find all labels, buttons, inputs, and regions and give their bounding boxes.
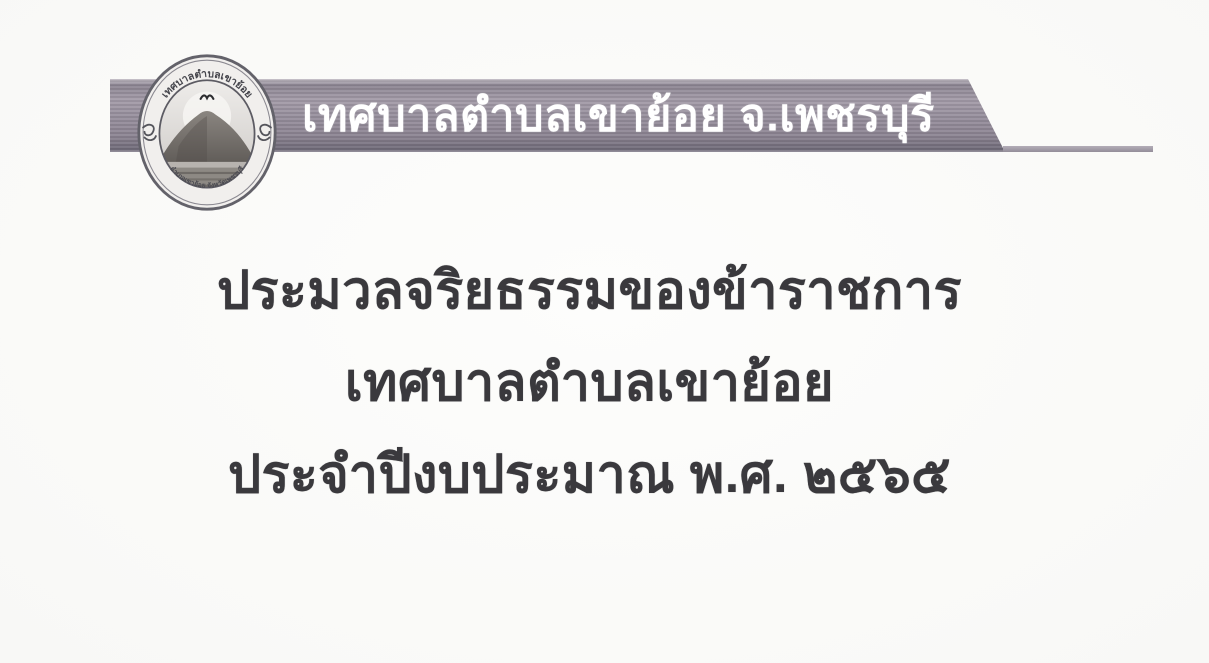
banner-title: เทศบาลตำบลเขาย้อย จ.เพชรบุรี [302,78,935,150]
title-block: ประมวลจริยธรรมของข้าราชการ เทศบาลตำบลเขา… [0,245,1194,521]
municipal-seal-graphic: เทศบาลตำบลเขาย้อย อำเภอเขาย้อย จังหวัดเพ… [136,53,278,212]
title-line-3: ประจำปีงบประมาณ พ.ศ. ๒๕๖๕ [0,429,1194,521]
banner-tail-line [1003,146,1153,152]
title-line-1: ประมวลจริยธรรมของข้าราชการ [0,245,1194,337]
title-line-2: เทศบาลตำบลเขาย้อย [0,337,1194,429]
municipal-seal-icon: เทศบาลตำบลเขาย้อย อำเภอเขาย้อย จังหวัดเพ… [136,53,278,212]
document-page: เทศบาลตำบลเขาย้อย จ.เพชรบุรี [0,0,1209,663]
